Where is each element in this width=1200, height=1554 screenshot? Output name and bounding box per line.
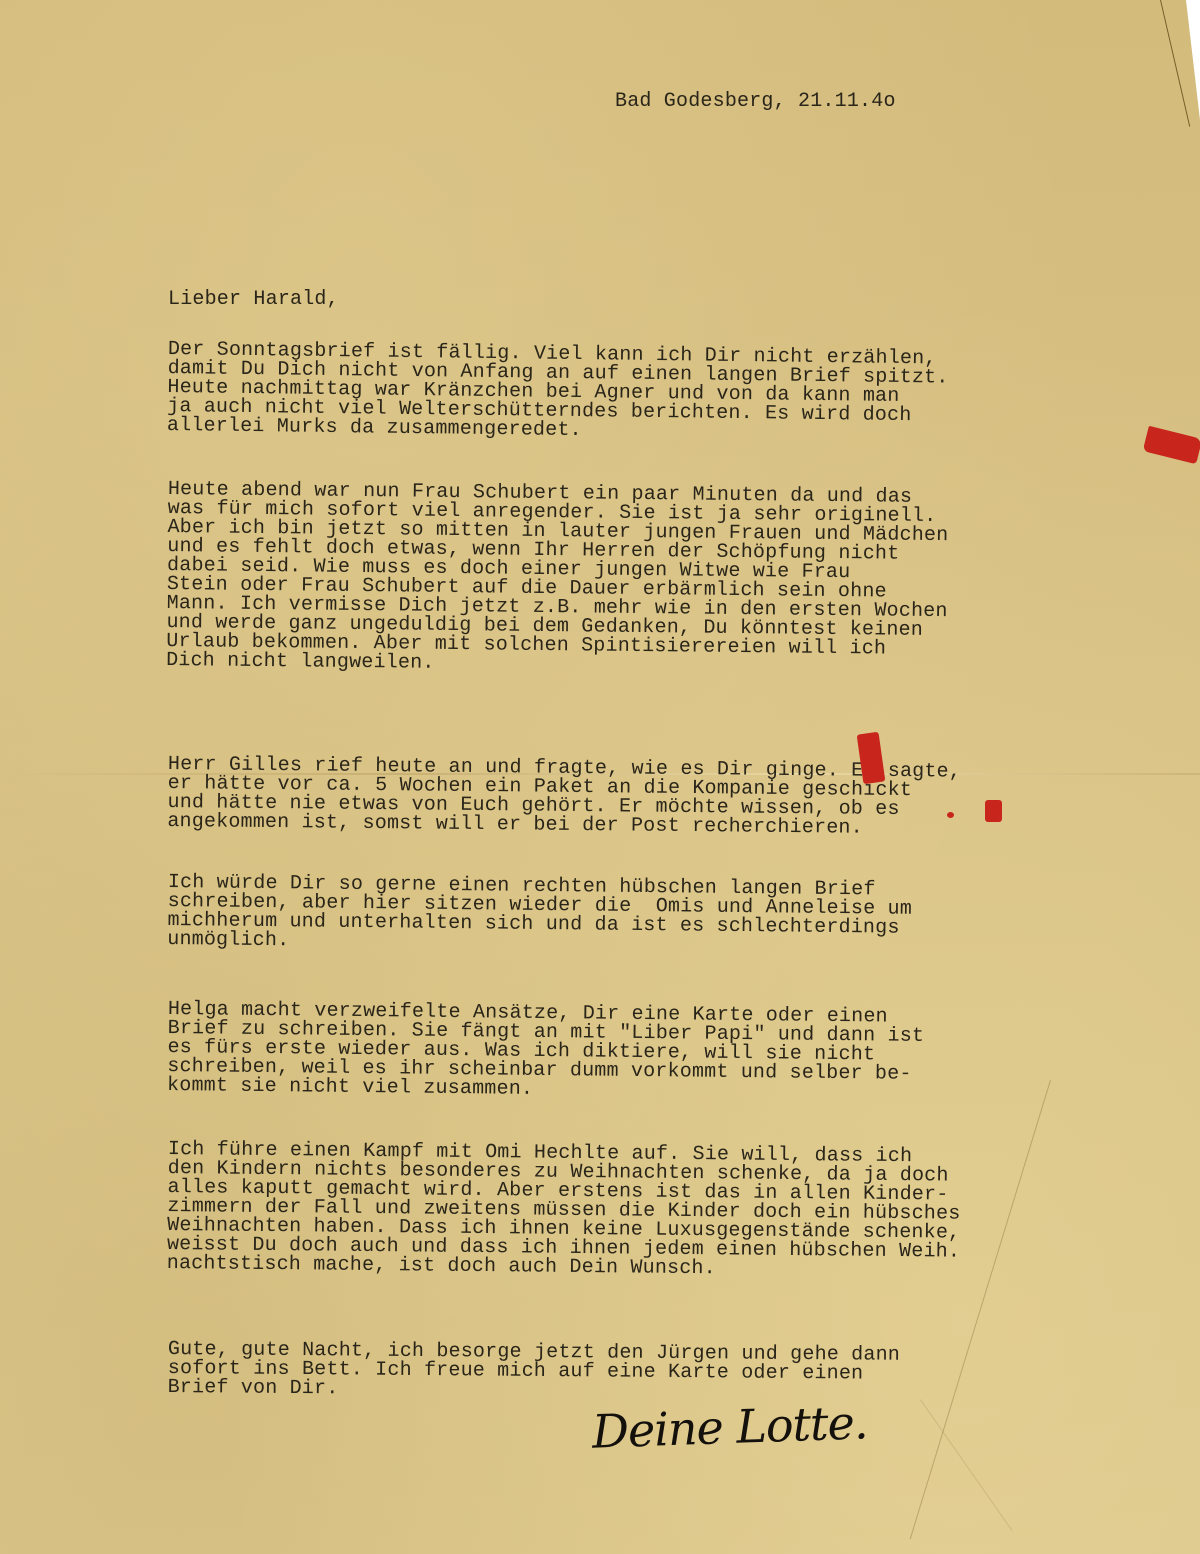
handwritten-signature: Deine Lotte. (591, 1395, 868, 1459)
red-wax-mark (947, 812, 954, 818)
red-wax-mark (1143, 426, 1200, 465)
paragraph: Ich führe einen Kampf mit Omi Hechlte au… (167, 1140, 961, 1281)
paragraph: Ich würde Dir so gerne einen rechten hüb… (167, 873, 912, 957)
paragraph: Gute, gute Nacht, ich besorge jetzt den … (168, 1340, 901, 1403)
paragraph: Heute abend war nun Frau Schubert ein pa… (166, 480, 949, 678)
greeting: Lieber Harald, (168, 290, 339, 310)
paragraph: Der Sonntagsbrief ist fällig. Viel kann … (167, 340, 949, 445)
red-wax-mark (985, 800, 1002, 822)
text-line: angekommen ist, somst will er bei der Po… (167, 812, 960, 839)
place-date: Bad Godesberg, 21.11.4o (615, 92, 896, 112)
letter-paper: Bad Godesberg, 21.11.4o Lieber Harald, D… (0, 0, 1200, 1554)
paragraph: Herr Gilles rief heute an und fragte, wi… (167, 755, 961, 839)
paragraph: Helga macht verzweifelte Ansätze, Dir ei… (167, 1000, 924, 1103)
paper-edge-crease (1160, 0, 1190, 127)
diagonal-crease (920, 1399, 1013, 1531)
